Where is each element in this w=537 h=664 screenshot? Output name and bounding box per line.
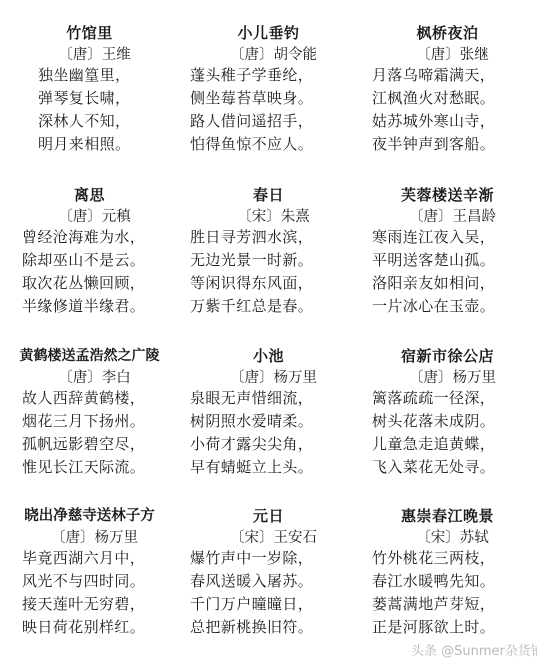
poem-line: 胜日寻芳泗水滨， (190, 226, 358, 249)
poem-line: 万紫千红总是春。 (190, 295, 358, 318)
poem-line: 无边光景一时新。 (190, 249, 358, 272)
poem-title: 竹馆里 (0, 24, 179, 42)
poem-card: 晓出净慈寺送林子方 〔唐〕杨万里 毕竟西湖六月中， 风光不与四时同。 接天莲叶无… (0, 507, 179, 639)
poem-line: 等闲识得东风面， (190, 272, 358, 295)
poem-card: 枫桥夜泊 〔唐〕张继 月落乌啼霜满天， 江枫渔火对愁眠。 姑苏城外寒山寺， 夜半… (358, 24, 537, 156)
poem-grid: 竹馆里 〔唐〕王维 独坐幽篁里， 弹琴复长啸， 深林人不知， 明月来相照。 小儿… (0, 0, 537, 664)
poem-line: 毕竟西湖六月中， (22, 547, 179, 570)
poem-line: 竹外桃花三两枝， (372, 547, 537, 570)
poem-line: 蒌蒿满地芦芽短， (372, 593, 537, 616)
poem-line: 春风送暖入屠苏。 (190, 570, 358, 593)
poem-line: 树头花落未成阴。 (372, 410, 537, 433)
poem-card: 黄鹤楼送孟浩然之广陵 〔唐〕李白 故人西辞黄鹤楼， 烟花三月下扬州。 孤帆远影碧… (0, 347, 179, 479)
watermark: 头条 @Sunmer杂货铺 (411, 640, 537, 659)
poem-title: 枫桥夜泊 (358, 24, 537, 42)
poem-author: 〔唐〕李白 (0, 369, 179, 387)
poem-author: 〔唐〕杨万里 (179, 369, 358, 387)
poem-line: 接天莲叶无穷碧， (22, 593, 179, 616)
poem-line: 飞入菜花无处寻。 (372, 456, 537, 479)
poem-line: 映日荷花别样红。 (22, 616, 179, 639)
poem-author: 〔唐〕元稹 (0, 208, 179, 226)
poem-author: 〔唐〕张继 (358, 46, 537, 64)
poem-author: 〔唐〕杨万里 (0, 529, 179, 547)
poem-line: 江枫渔火对愁眠。 (372, 87, 537, 110)
poem-line: 曾经沧海难为水， (22, 226, 179, 249)
poem-line: 故人西辞黄鹤楼， (22, 387, 179, 410)
poem-line: 小荷才露尖尖角， (190, 433, 358, 456)
poem-line: 深林人不知， (38, 110, 179, 133)
poem-line: 路人借问遥招手， (190, 110, 358, 133)
poem-line: 总把新桃换旧符。 (190, 616, 358, 639)
poem-line: 月落乌啼霜满天， (372, 64, 537, 87)
poem-line: 半缘修道半缘君。 (22, 295, 179, 318)
poem-title: 小儿垂钓 (179, 24, 358, 42)
poem-line: 早有蜻蜓立上头。 (190, 456, 358, 479)
poem-card: 竹馆里 〔唐〕王维 独坐幽篁里， 弹琴复长啸， 深林人不知， 明月来相照。 (0, 24, 179, 156)
poem-card: 小儿垂钓 〔唐〕胡令能 蓬头稚子学垂纶， 侧坐莓苔草映身。 路人借问遥招手， 怕… (179, 24, 358, 156)
poem-author: 〔唐〕胡令能 (179, 46, 358, 64)
poem-title: 宿新市徐公店 (358, 347, 537, 365)
poem-line: 取次花丛懒回顾， (22, 272, 179, 295)
poem-card: 惠崇春江晚景 〔宋〕苏轼 竹外桃花三两枝， 春江水暖鸭先知。 蒌蒿满地芦芽短， … (358, 507, 537, 639)
poem-line: 独坐幽篁里， (38, 64, 179, 87)
poem-line: 怕得鱼惊不应人。 (190, 133, 358, 156)
poem-card: 离思 〔唐〕元稹 曾经沧海难为水， 除却巫山不是云。 取次花丛懒回顾， 半缘修道… (0, 186, 179, 318)
poem-line: 爆竹声中一岁除， (190, 547, 358, 570)
poem-title: 小池 (179, 347, 358, 365)
poem-title: 惠崇春江晚景 (358, 507, 537, 525)
poem-line: 侧坐莓苔草映身。 (190, 87, 358, 110)
poem-line: 风光不与四时同。 (22, 570, 179, 593)
poem-card: 小池 〔唐〕杨万里 泉眼无声惜细流， 树阴照水爱晴柔。 小荷才露尖尖角， 早有蜻… (179, 347, 358, 479)
poem-line: 惟见长江天际流。 (22, 456, 179, 479)
poem-title: 离思 (0, 186, 179, 204)
poem-card: 芙蓉楼送辛渐 〔唐〕王昌龄 寒雨连江夜入吴， 平明送客楚山孤。 洛阳亲友如相问，… (358, 186, 537, 318)
poem-author: 〔宋〕苏轼 (358, 529, 537, 547)
poem-line: 一片冰心在玉壶。 (372, 295, 537, 318)
poem-author: 〔唐〕杨万里 (358, 369, 537, 387)
poem-line: 春江水暖鸭先知。 (372, 570, 537, 593)
poem-line: 寒雨连江夜入吴， (372, 226, 537, 249)
poem-line: 蓬头稚子学垂纶， (190, 64, 358, 87)
poem-line: 泉眼无声惜细流， (190, 387, 358, 410)
poem-line: 千门万户曈曈日， (190, 593, 358, 616)
poem-title: 芙蓉楼送辛渐 (358, 186, 537, 204)
poem-line: 孤帆远影碧空尽， (22, 433, 179, 456)
poem-line: 篱落疏疏一径深， (372, 387, 537, 410)
poem-author: 〔唐〕王维 (0, 46, 179, 64)
poem-title: 晓出净慈寺送林子方 (0, 507, 179, 525)
poem-line: 正是河豚欲上时。 (372, 616, 537, 639)
poem-line: 平明送客楚山孤。 (372, 249, 537, 272)
poem-line: 弹琴复长啸， (38, 87, 179, 110)
poem-line: 姑苏城外寒山寺， (372, 110, 537, 133)
poem-title: 春日 (179, 186, 358, 204)
poem-card: 元日 〔宋〕王安石 爆竹声中一岁除， 春风送暖入屠苏。 千门万户曈曈日， 总把新… (179, 507, 358, 639)
poem-line: 夜半钟声到客船。 (372, 133, 537, 156)
poem-line: 烟花三月下扬州。 (22, 410, 179, 433)
poem-line: 儿童急走追黄蝶， (372, 433, 537, 456)
poem-card: 宿新市徐公店 〔唐〕杨万里 篱落疏疏一径深， 树头花落未成阴。 儿童急走追黄蝶，… (358, 347, 537, 479)
poem-line: 树阴照水爱晴柔。 (190, 410, 358, 433)
poem-author: 〔宋〕王安石 (179, 529, 358, 547)
poem-card: 春日 〔宋〕朱熹 胜日寻芳泗水滨， 无边光景一时新。 等闲识得东风面， 万紫千红… (179, 186, 358, 318)
poem-title: 黄鹤楼送孟浩然之广陵 (0, 347, 179, 365)
poem-line: 明月来相照。 (38, 133, 179, 156)
poem-author: 〔宋〕朱熹 (179, 208, 358, 226)
poem-author: 〔唐〕王昌龄 (358, 208, 537, 226)
poem-line: 除却巫山不是云。 (22, 249, 179, 272)
poem-line: 洛阳亲友如相问， (372, 272, 537, 295)
poem-title: 元日 (179, 507, 358, 525)
